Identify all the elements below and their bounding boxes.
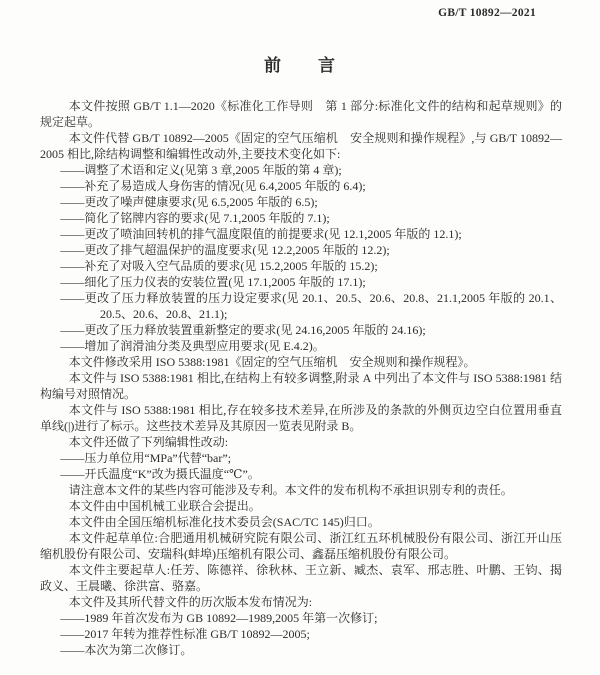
foreword-paragraph: 本文件与 ISO 5388:1981 相比,存在较多技术差异,在所涉及的条款的外… — [40, 402, 562, 434]
foreword-list-item: ——简化了铭牌内容的要求(见 7.1,2005 年版的 7.1); — [40, 210, 562, 226]
foreword-paragraph: 本文件修改采用 ISO 5388:1981《固定的空气压缩机 安全规则和操作规程… — [40, 354, 562, 370]
foreword-paragraph: 本文件由全国压缩机标准化技术委员会(SAC/TC 145)归口。 — [40, 514, 562, 530]
foreword-list-item: ——补充了易造成人身伤害的情况(见 6.4,2005 年版的 6.4); — [40, 178, 562, 194]
foreword-paragraph: 本文件与 ISO 5388:1981 相比,在结构上有较多调整,附录 A 中列出… — [40, 370, 562, 402]
foreword-paragraph: 本文件由中国机械工业联合会提出。 — [40, 498, 562, 514]
foreword-list-item: ——更改了排气超温保护的温度要求(见 12.2,2005 年版的 12.2); — [40, 242, 562, 258]
page-title: 前 言 — [0, 51, 600, 76]
foreword-list-item: ——1989 年首次发布为 GB 10892—1989,2005 年第一次修订; — [40, 610, 562, 626]
foreword-list-item: ——增加了润滑油分类及典型应用要求(见 E.4.2)。 — [40, 338, 562, 354]
foreword-list-item: ——细化了压力仪表的安装位置(见 17.1,2005 年版的 17.1); — [40, 274, 562, 290]
foreword-paragraph: 请注意本文件的某些内容可能涉及专利。本文件的发布机构不承担识别专利的责任。 — [40, 482, 562, 498]
foreword-paragraph: 本文件主要起草人:任芳、陈德祥、徐秋林、王立新、臧杰、袁军、邢志胜、叶鹏、王钧、… — [40, 562, 562, 594]
foreword-paragraph: 本文件起草单位:合肥通用机械研究院有限公司、浙江红五环机械股份有限公司、浙江开山… — [40, 530, 562, 562]
foreword-list-item: ——更改了压力释放装置的压力设定要求(见 20.1、20.5、20.6、20.8… — [40, 290, 562, 322]
foreword-list-item: ——调整了术语和定义(见第 3 章,2005 年版的第 4 章); — [40, 162, 562, 178]
document-page: GB/T 10892—2021 前 言 本文件按照 GB/T 1.1—2020《… — [0, 0, 600, 675]
foreword-paragraph: 本文件还做了下列编辑性改动: — [40, 434, 562, 450]
foreword-list-item: ——补充了对吸入空气品质的要求(见 15.2,2005 年版的 15.2); — [40, 258, 562, 274]
foreword-paragraph: 本文件及其所代替文件的历次版本发布情况为: — [40, 594, 562, 610]
doc-number: GB/T 10892—2021 — [438, 7, 536, 19]
foreword-list-item: ——更改了喷油回转机的排气温度限值的前提要求(见 12.1,2005 年版的 1… — [40, 226, 562, 242]
foreword-list-item: ——更改了噪声健康要求(见 6.5,2005 年版的 6.5); — [40, 194, 562, 210]
foreword-list-item: ——更改了压力释放装置重新整定的要求(见 24.16,2005 年版的 24.1… — [40, 322, 562, 338]
foreword-list-item: ——开氏温度“K”改为摄氏温度“℃”。 — [40, 466, 562, 482]
foreword-paragraph: 本文件代替 GB/T 10892—2005《固定的空气压缩机 安全规则和操作规程… — [40, 130, 562, 162]
foreword-list-item: ——2017 年转为推荐性标准 GB/T 10892—2005; — [40, 626, 562, 642]
foreword-paragraph: 本文件按照 GB/T 1.1—2020《标准化工作导则 第 1 部分:标准化文件… — [40, 98, 562, 130]
foreword-list-item: ——本次为第二次修订。 — [40, 642, 562, 658]
foreword-body: 本文件按照 GB/T 1.1—2020《标准化工作导则 第 1 部分:标准化文件… — [40, 98, 562, 658]
foreword-list-item: ——压力单位用“MPa”代替“bar”; — [40, 450, 562, 466]
